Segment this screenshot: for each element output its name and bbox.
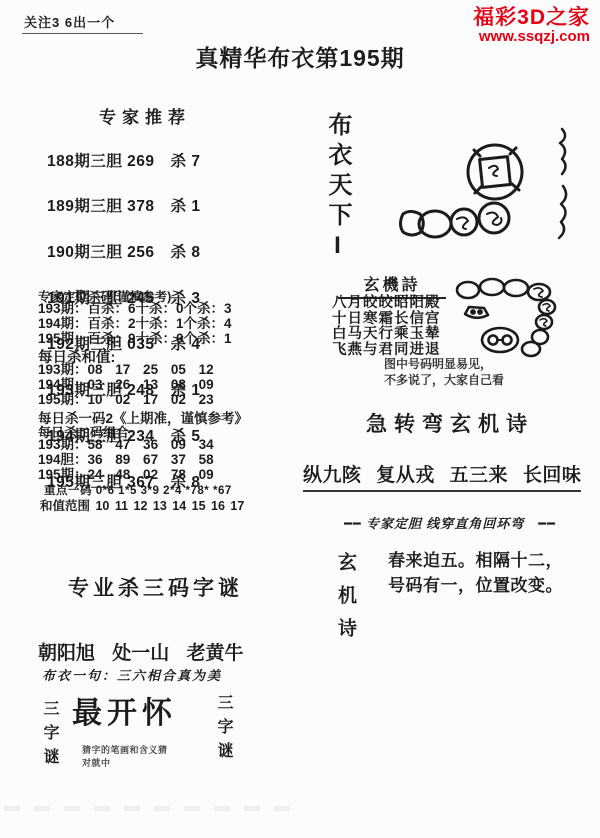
mystery-poem2-vertical-title: 玄机诗 [332, 552, 359, 702]
riddle-note: 猜字的笔画和含义猜 对就中 [82, 744, 168, 770]
scan-artifact-smudges [4, 806, 294, 811]
recommend-row: 189期三胆 378 杀 1 [47, 199, 200, 214]
kill-sum-row: 193期：08 17 25 05 12 [38, 362, 214, 377]
sum-range-line: 和值范围 10 11 12 13 14 15 16 17 [40, 496, 244, 514]
top-left-note: 关注3 6出一个 [22, 12, 143, 34]
poem-line: 白马天行乘玉辇 [332, 327, 441, 343]
kill-position-row: 194期：百杀：2十杀：1个杀：4 [38, 316, 232, 331]
poem-line: 十日寒霜长信宫 [332, 312, 441, 328]
kill-sum-row: 195期：10 02 17 02 23 [38, 392, 214, 407]
note-line: 猜字的笔画和含义猜 [82, 744, 168, 757]
number-chain-doodle-sketch [452, 276, 572, 358]
recommend-row: 188期三胆 269 杀 7 [47, 154, 200, 169]
bowl-shape [465, 307, 488, 318]
wavy-line-bottom [559, 186, 566, 238]
sketch-caption: 图中号码明显易见， 不多说了，大家自己看 [384, 356, 504, 388]
scribbled-circle [451, 209, 477, 235]
scanned-lottery-sheet: 关注3 6出一个 福彩3D之家 www.ssqzj.com 真精华布衣第195期… [0, 0, 600, 838]
coin-doodle-sketch [395, 126, 590, 246]
note-line: 对就中 [82, 757, 168, 770]
three-char-riddle-answer: 最开怀 [72, 688, 177, 732]
three-code-riddle-title: 专业杀三码字谜 [28, 572, 283, 602]
buyi-sentence: 布衣一句：三六相合真为美 [42, 665, 222, 684]
poem-line: 八月皎皎昭阳殿 [332, 296, 441, 312]
three-char-riddle-label-left: 三字谜 [38, 700, 61, 790]
daily-kill-sum-list: 193期：08 17 25 05 12 194期：03 26 13 08 09 … [38, 362, 214, 407]
buyi-tianxia-vertical-title: 布衣天下I [320, 112, 355, 282]
coin-scribble [489, 166, 498, 176]
two-code-list: 193期：58 47 36 09 34 194胆：36 89 67 37 58 … [38, 437, 214, 482]
sharp-turn-verse: 纵九陔 复从戎 五三来 长回味 [303, 460, 581, 492]
poem-line: 号码有一，位置改变。 [388, 573, 563, 598]
mystery-poem-lines: 八月皎皎昭阳殿 十日寒霜长信宫 白马天行乘玉辇 飞燕与君同进退 [332, 296, 441, 358]
wavy-line-top [560, 129, 566, 174]
three-code-riddle-verse: 朝阳旭 处一山 老黄牛 [38, 638, 244, 665]
two-code-row: 193期：58 47 36 09 34 [38, 437, 214, 452]
expert-dan-divider: ━━ 专家定胆 线穿直角回环弯 ━━ [300, 513, 600, 532]
site-logo-title: 福彩3D之家 [473, 6, 590, 29]
two-code-row: 194胆：36 89 67 37 58 [38, 452, 214, 467]
two-code-row: 195期：24 48 02 78 09 [38, 467, 214, 482]
caption-line: 不多说了，大家自己看 [384, 372, 504, 388]
poem-line: 春来迫五。相隔十二， [388, 548, 563, 573]
recommend-row: 190期三胆 256 杀 8 [47, 245, 200, 260]
kill-position-row: 193期：百杀：6十杀：0个杀：3 [38, 301, 232, 316]
page-title: 真精华布衣第195期 [0, 40, 600, 73]
sharp-turn-title: 急转弯玄机诗 [300, 408, 600, 438]
kill-position-list: 193期：百杀：6十杀：0个杀：3 194期：百杀：2十杀：1个杀：4 195期… [38, 301, 232, 346]
kill-sum-row: 194期：03 26 13 08 09 [38, 377, 214, 392]
kill-position-row: 195期：百杀：9十杀：0个杀：1 [38, 331, 232, 346]
mystery-poem2-lines: 春来迫五。相隔十二， 号码有一，位置改变。 [388, 548, 563, 598]
three-char-riddle-label-right: 三字谜 [212, 694, 235, 784]
caption-line: 图中号码明显易见， [384, 356, 504, 372]
small-coin-circle [479, 203, 509, 233]
